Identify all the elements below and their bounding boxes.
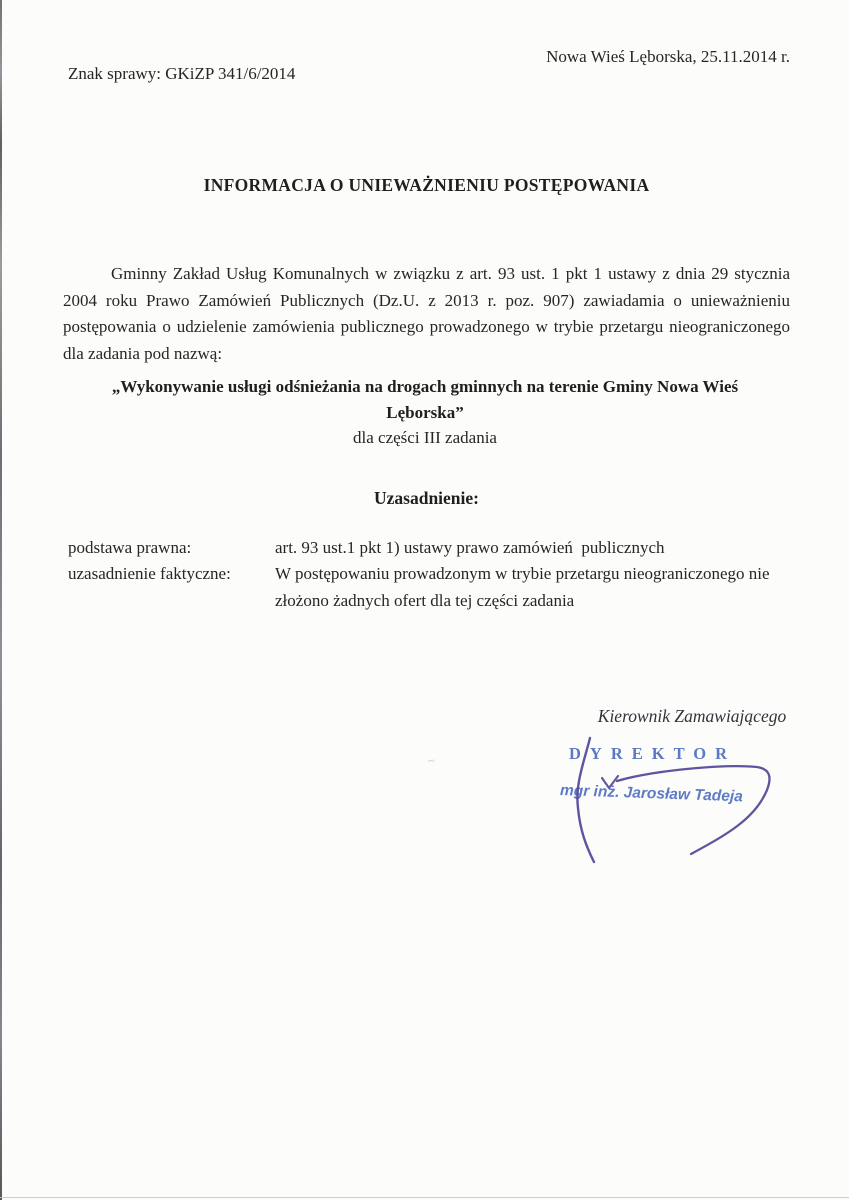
task-title-quoted: „Wykonywanie usługi odśnieżania na droga… (75, 374, 775, 425)
justification-table: podstawa prawna: art. 93 ust.1 pkt 1) us… (68, 535, 790, 614)
justification-heading: Uzasadnienie: (63, 488, 790, 509)
document-title: INFORMACJA O UNIEWAŻNIENIU POSTĘPOWANIA (63, 175, 790, 196)
signature-loop-stroke (617, 766, 770, 854)
signer-role-line: Kierownik Zamawiającego (556, 706, 828, 727)
scanned-document-page: Nowa Wieś Lęborska, 25.11.2014 r. Znak s… (0, 0, 849, 1200)
scan-bottom-edge-artifact (0, 1197, 849, 1198)
document-date-place-line: Nowa Wieś Lęborska, 25.11.2014 r. (546, 47, 790, 67)
scan-left-edge-artifact (0, 0, 2, 1200)
scan-smudge-artifact: ~ (427, 753, 436, 770)
factual-justification-label: uzasadnienie faktyczne: (68, 561, 275, 587)
director-stamp-title: DYREKTOR (569, 744, 736, 764)
task-name-block: „Wykonywanie usługi odśnieżania na droga… (75, 374, 775, 451)
legal-basis-value: art. 93 ust.1 pkt 1) ustawy prawo zamówi… (275, 535, 790, 561)
factual-justification-value: W postępowaniu prowadzonym w trybie prze… (275, 561, 790, 614)
task-scope-line: dla części III zadania (75, 425, 775, 451)
justification-row-factual: uzasadnienie faktyczne: W postępowaniu p… (68, 561, 790, 614)
justification-row-legal-basis: podstawa prawna: art. 93 ust.1 pkt 1) us… (68, 535, 790, 561)
case-reference-number: Znak sprawy: GKiZP 341/6/2014 (68, 64, 295, 84)
legal-basis-label: podstawa prawna: (68, 535, 275, 561)
intro-paragraph: Gminny Zakład Usług Komunalnych w związk… (63, 261, 790, 367)
director-stamp-name: mgr inż. Jarosław Tadeja (560, 782, 743, 806)
